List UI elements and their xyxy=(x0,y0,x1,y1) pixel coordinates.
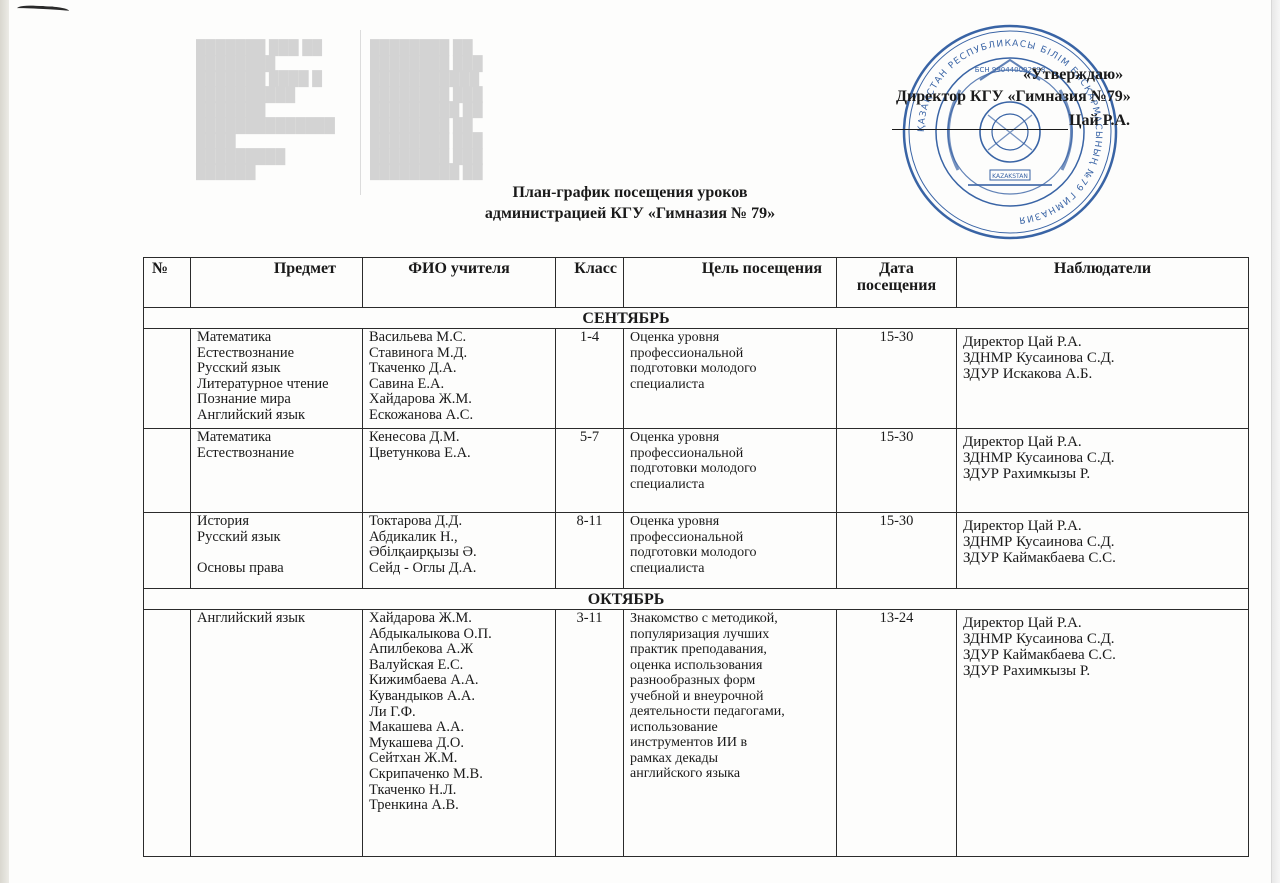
cell-observers-line: ЗДНМР Кусаинова С.Д. xyxy=(963,631,1242,647)
approval-signer: Цай Р.А. xyxy=(1069,108,1130,133)
cell-observers-line: Директор Цай Р.А. xyxy=(963,434,1242,450)
stamp-center-text: KAZAKSTAN xyxy=(992,173,1028,180)
title-line-2: администрацией КГУ «Гимназия № 79» xyxy=(420,203,840,224)
cell-subjects-line: Математика xyxy=(197,430,356,446)
cell-subjects-line: Английский язык xyxy=(197,611,356,627)
cell-goal-line: инструментов ИИ в xyxy=(630,735,830,751)
cell-subjects-line: Английский язык xyxy=(197,408,356,424)
cell-teachers-line: Тренкина А.В. xyxy=(369,798,549,814)
cell-teachers-line: Мукашева Д.О. xyxy=(369,736,549,752)
cell-observers-line: Директор Цай Р.А. xyxy=(963,334,1242,350)
cell-goal-line: учебной и внеурочной xyxy=(630,689,830,705)
bleed-through-line xyxy=(360,30,361,195)
cell-goal-line: Знакомство с методикой, xyxy=(630,611,830,627)
cell-goal-line: профессиональной xyxy=(630,530,830,546)
cell-subjects: ИсторияРусский язык Основы права xyxy=(191,513,363,589)
cell-observers-line: ЗДНМР Кусаинова С.Д. xyxy=(963,534,1242,550)
cell-goal-line: английского языка xyxy=(630,766,830,782)
cell-teachers-line: Сейтхан Ж.М. xyxy=(369,751,549,767)
cell-goal: Оценка уровняпрофессиональнойподготовки … xyxy=(624,513,837,589)
cell-teachers-line: Ткаченко Д.А. xyxy=(369,361,549,377)
cell-teachers-line: Абдыкалыкова О.П. xyxy=(369,627,549,643)
cell-teachers-line: Ли Г.Ф. xyxy=(369,705,549,721)
cell-subjects-line: Русский язык xyxy=(197,361,356,377)
cell-goal-line: специалиста xyxy=(630,377,830,393)
header-observers: Наблюдатели xyxy=(957,258,1249,308)
cell-observers-line: Директор Цай Р.А. xyxy=(963,615,1242,631)
cell-observers-line: ЗДУР Каймакбаева С.С. xyxy=(963,647,1242,663)
table-header-row: № Предмет ФИО учителя Класс Цель посещен… xyxy=(144,258,1249,308)
cell-teachers-line: Хайдарова Ж.М. xyxy=(369,392,549,408)
cell-teachers-line: Сейд - Оглы Д.А. xyxy=(369,561,549,577)
cell-subjects-line: Основы права xyxy=(197,561,356,577)
cell-observers-line: ЗДУР Рахимкызы Р. xyxy=(963,663,1242,679)
header-teacher: ФИО учителя xyxy=(363,258,556,308)
cell-teachers-line: Токтарова Д.Д. xyxy=(369,514,549,530)
cell-teachers: Токтарова Д.Д.Абдикалик Н.,Әбілқаирқызы … xyxy=(363,513,556,589)
document-page: ███████ ███ ██ ████████ ███████ ████ █ █… xyxy=(0,0,1280,883)
cell-teachers-line: Ткаченко Н.Л. xyxy=(369,783,549,799)
cell-goal-line: деятельности педагогами, xyxy=(630,704,830,720)
cell-observers: Директор Цай Р.А.ЗДНМР Кусаинова С.Д.ЗДУ… xyxy=(957,429,1249,513)
cell-teachers: Кенесова Д.М.Цветункова Е.А. xyxy=(363,429,556,513)
cell-subjects-line: Литературное чтение xyxy=(197,377,356,393)
table-row: МатематикаЕстествознаниеРусский языкЛите… xyxy=(144,329,1249,429)
schedule-body: СЕНТЯБРЬМатематикаЕстествознаниеРусский … xyxy=(144,308,1249,857)
cell-observers: Директор Цай Р.А.ЗДНМР Кусаинова С.Д.ЗДУ… xyxy=(957,329,1249,429)
cell-observers-line: ЗДНМР Кусаинова С.Д. xyxy=(963,450,1242,466)
signature-line xyxy=(892,129,1068,130)
cell-teachers-line: Васильева М.С. xyxy=(369,330,549,346)
cell-observers: Директор Цай Р.А.ЗДНМР Кусаинова С.Д.ЗДУ… xyxy=(957,610,1249,857)
cell-goal-line: специалиста xyxy=(630,561,830,577)
bleed-through-text: ███████ ███ ██ ████████ ███████ ████ █ █… xyxy=(196,41,335,181)
cell-goal-line: специалиста xyxy=(630,477,830,493)
cell-goal-line: рамках декады xyxy=(630,751,830,767)
cell-teachers-line: Әбілқаирқызы Ә. xyxy=(369,545,549,561)
cell-teachers: Хайдарова Ж.М.Абдыкалыкова О.П.Апилбеков… xyxy=(363,610,556,857)
cell-observers-line: ЗДУР Искакова А.Б. xyxy=(963,366,1242,382)
cell-teachers-line: Ставинога М.Д. xyxy=(369,346,549,362)
cell-teachers-line: Валуйская Е.С. xyxy=(369,658,549,674)
cell-goal-line: разнообразных форм xyxy=(630,673,830,689)
cell-goal-line: подготовки молодого xyxy=(630,361,830,377)
cell-subjects-line: Математика xyxy=(197,330,356,346)
cell-class: 3-11 xyxy=(556,610,624,857)
cell-goal: Знакомство с методикой,популяризация луч… xyxy=(624,610,837,857)
cell-subjects-line: Русский язык xyxy=(197,530,356,546)
bleed-through-text: ████████ ██ ████████ ███ ███████████ ███… xyxy=(370,41,483,181)
cell-goal-line: практик преподавания, xyxy=(630,642,830,658)
cell-class: 1-4 xyxy=(556,329,624,429)
cell-teachers-line: Хайдарова Ж.М. xyxy=(369,611,549,627)
table-row: ИсторияРусский язык Основы праваТоктаров… xyxy=(144,513,1249,589)
cell-teachers-line: Цветункова Е.А. xyxy=(369,446,549,462)
cell-goal-line: использование xyxy=(630,720,830,736)
table-row: МатематикаЕстествознаниеКенесова Д.М.Цве… xyxy=(144,429,1249,513)
cell-goal-line: оценка использования xyxy=(630,658,830,674)
cell-teachers-line: Ескожанова А.С. xyxy=(369,408,549,424)
scan-mark xyxy=(17,5,69,17)
cell-teachers: Васильева М.С.Ставинога М.Д.Ткаченко Д.А… xyxy=(363,329,556,429)
cell-teachers-line: Кувандыков А.А. xyxy=(369,689,549,705)
cell-goal-line: Оценка уровня xyxy=(630,514,830,530)
approval-director: Директор КГУ «Гимназия №79» xyxy=(896,84,1131,109)
month-name: СЕНТЯБРЬ xyxy=(582,310,669,327)
cell-teachers-line: Кенесова Д.М. xyxy=(369,430,549,446)
cell-observers: Директор Цай Р.А.ЗДНМР Кусаинова С.Д.ЗДУ… xyxy=(957,513,1249,589)
cell-subjects-line: Естествознание xyxy=(197,346,356,362)
month-row: ОКТЯБРЬ xyxy=(144,589,1249,610)
cell-num xyxy=(144,610,191,857)
cell-goal-line: профессиональной xyxy=(630,346,830,362)
cell-teachers-line: Макашева А.А. xyxy=(369,720,549,736)
month-label: СЕНТЯБРЬ xyxy=(144,308,1249,329)
cell-date: 13-24 xyxy=(837,610,957,857)
cell-subjects-line: История xyxy=(197,514,356,530)
header-date: Дата посещения xyxy=(837,258,957,308)
cell-goal-line: подготовки молодого xyxy=(630,545,830,561)
cell-observers-line: ЗДНМР Кусаинова С.Д. xyxy=(963,350,1242,366)
cell-goal-line: популяризация лучших xyxy=(630,627,830,643)
cell-goal-line: профессиональной xyxy=(630,446,830,462)
table-row: Английский языкХайдарова Ж.М.Абдыкалыков… xyxy=(144,610,1249,857)
cell-subjects: МатематикаЕстествознаниеРусский языкЛите… xyxy=(191,329,363,429)
cell-class: 5-7 xyxy=(556,429,624,513)
cell-goal: Оценка уровняпрофессиональнойподготовки … xyxy=(624,329,837,429)
month-row: СЕНТЯБРЬ xyxy=(144,308,1249,329)
cell-subjects-line xyxy=(197,545,356,561)
cell-date: 15-30 xyxy=(837,429,957,513)
page-right-edge xyxy=(1271,0,1280,883)
cell-goal: Оценка уровняпрофессиональнойподготовки … xyxy=(624,429,837,513)
cell-observers-line: Директор Цай Р.А. xyxy=(963,518,1242,534)
cell-num xyxy=(144,429,191,513)
header-num: № xyxy=(144,258,191,308)
cell-subjects: МатематикаЕстествознание xyxy=(191,429,363,513)
cell-goal-line: подготовки молодого xyxy=(630,461,830,477)
schedule-table: № Предмет ФИО учителя Класс Цель посещен… xyxy=(143,257,1249,857)
cell-subjects-line: Познание мира xyxy=(197,392,356,408)
cell-teachers-line: Кижимбаева А.А. xyxy=(369,673,549,689)
cell-date: 15-30 xyxy=(837,513,957,589)
cell-teachers-line: Апилбекова А.Ж xyxy=(369,642,549,658)
cell-subjects-line: Естествознание xyxy=(197,446,356,462)
cell-date: 15-30 xyxy=(837,329,957,429)
cell-observers-line: ЗДУР Каймакбаева С.С. xyxy=(963,550,1242,566)
cell-num xyxy=(144,513,191,589)
cell-goal-line: Оценка уровня xyxy=(630,330,830,346)
cell-observers-line: ЗДУР Рахимкызы Р. xyxy=(963,466,1242,482)
title-line-1: План-график посещения уроков xyxy=(420,182,840,203)
cell-teachers-line: Скрипаченко М.В. xyxy=(369,767,549,783)
page-left-edge xyxy=(0,0,9,883)
month-label: ОКТЯБРЬ xyxy=(144,589,1249,610)
cell-goal-line: Оценка уровня xyxy=(630,430,830,446)
cell-subjects: Английский язык xyxy=(191,610,363,857)
cell-teachers-line: Абдикалик Н., xyxy=(369,530,549,546)
header-class: Класс xyxy=(556,258,624,308)
cell-class: 8-11 xyxy=(556,513,624,589)
cell-teachers-line: Савина Е.А. xyxy=(369,377,549,393)
header-subject: Предмет xyxy=(191,258,363,308)
month-name: ОКТЯБРЬ xyxy=(588,591,665,608)
cell-num xyxy=(144,329,191,429)
document-title: План-график посещения уроков администрац… xyxy=(420,182,840,224)
header-goal: Цель посещения xyxy=(624,258,837,308)
